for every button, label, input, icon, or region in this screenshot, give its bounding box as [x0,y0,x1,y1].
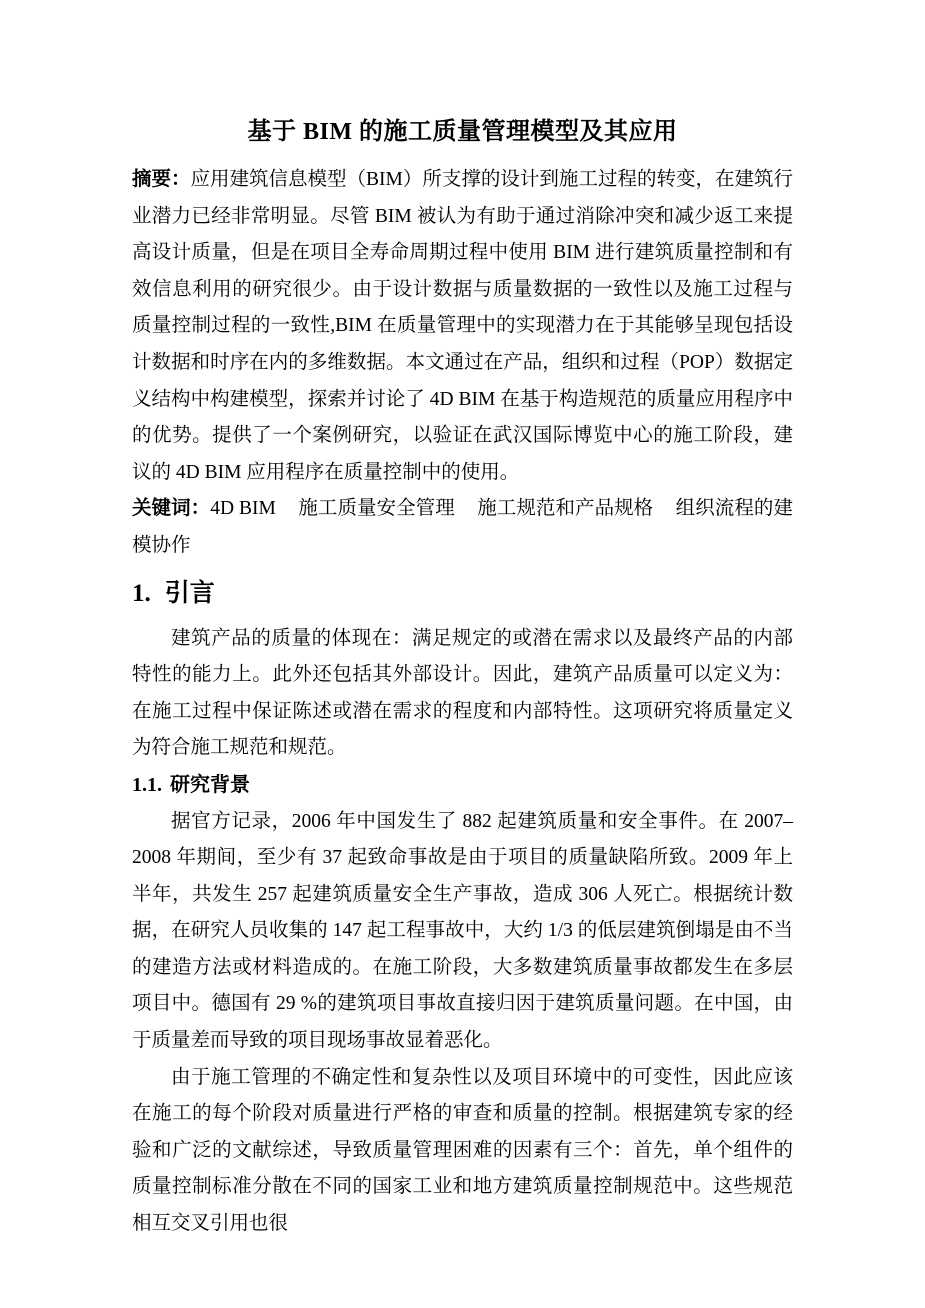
section-1-title: 引言 [165,580,215,607]
background-paragraph-2: 由于施工管理的不确定性和复杂性以及项目环境中的可变性，因此应该在施工的每个阶段对… [132,1060,793,1243]
document-page: 基于 BIM 的施工质量管理模型及其应用 摘要：应用建筑信息模型（BIM）所支撑… [0,0,925,1308]
keywords-paragraph: 关键词：4D BIM施工质量安全管理施工规范和产品规格组织流程的建模协作 [132,491,793,564]
introduction-paragraph: 建筑产品的质量的体现在：满足规定的或潜在需求以及最终产品的内部特性的能力上。此外… [132,621,793,767]
background-paragraph-1: 据官方记录，2006 年中国发生了 882 起建筑质量和安全事件。在 2007–… [132,804,793,1060]
subsection-1-1-title: 研究背景 [170,774,250,796]
abstract-label: 摘要： [132,169,191,190]
keyword-term: 4D BIM [210,498,276,519]
section-1-number: 1. [132,580,151,607]
abstract-paragraph: 摘要：应用建筑信息模型（BIM）所支撑的设计到施工过程的转变，在建筑行业潜力已经… [132,162,793,491]
subsection-1-1-heading: 1.1.研究背景 [132,767,793,804]
abstract-text: 应用建筑信息模型（BIM）所支撑的设计到施工过程的转变，在建筑行业潜力已经非常明… [132,169,793,483]
keyword-term: 施工规范和产品规格 [477,498,653,519]
page-title: 基于 BIM 的施工质量管理模型及其应用 [132,112,793,152]
section-1-heading: 1.引言 [132,574,793,614]
document-content: 基于 BIM 的施工质量管理模型及其应用 摘要：应用建筑信息模型（BIM）所支撑… [132,112,793,1243]
keyword-term: 施工质量安全管理 [298,498,455,519]
subsection-1-1-number: 1.1. [132,774,162,796]
keywords-label: 关键词： [132,498,210,519]
